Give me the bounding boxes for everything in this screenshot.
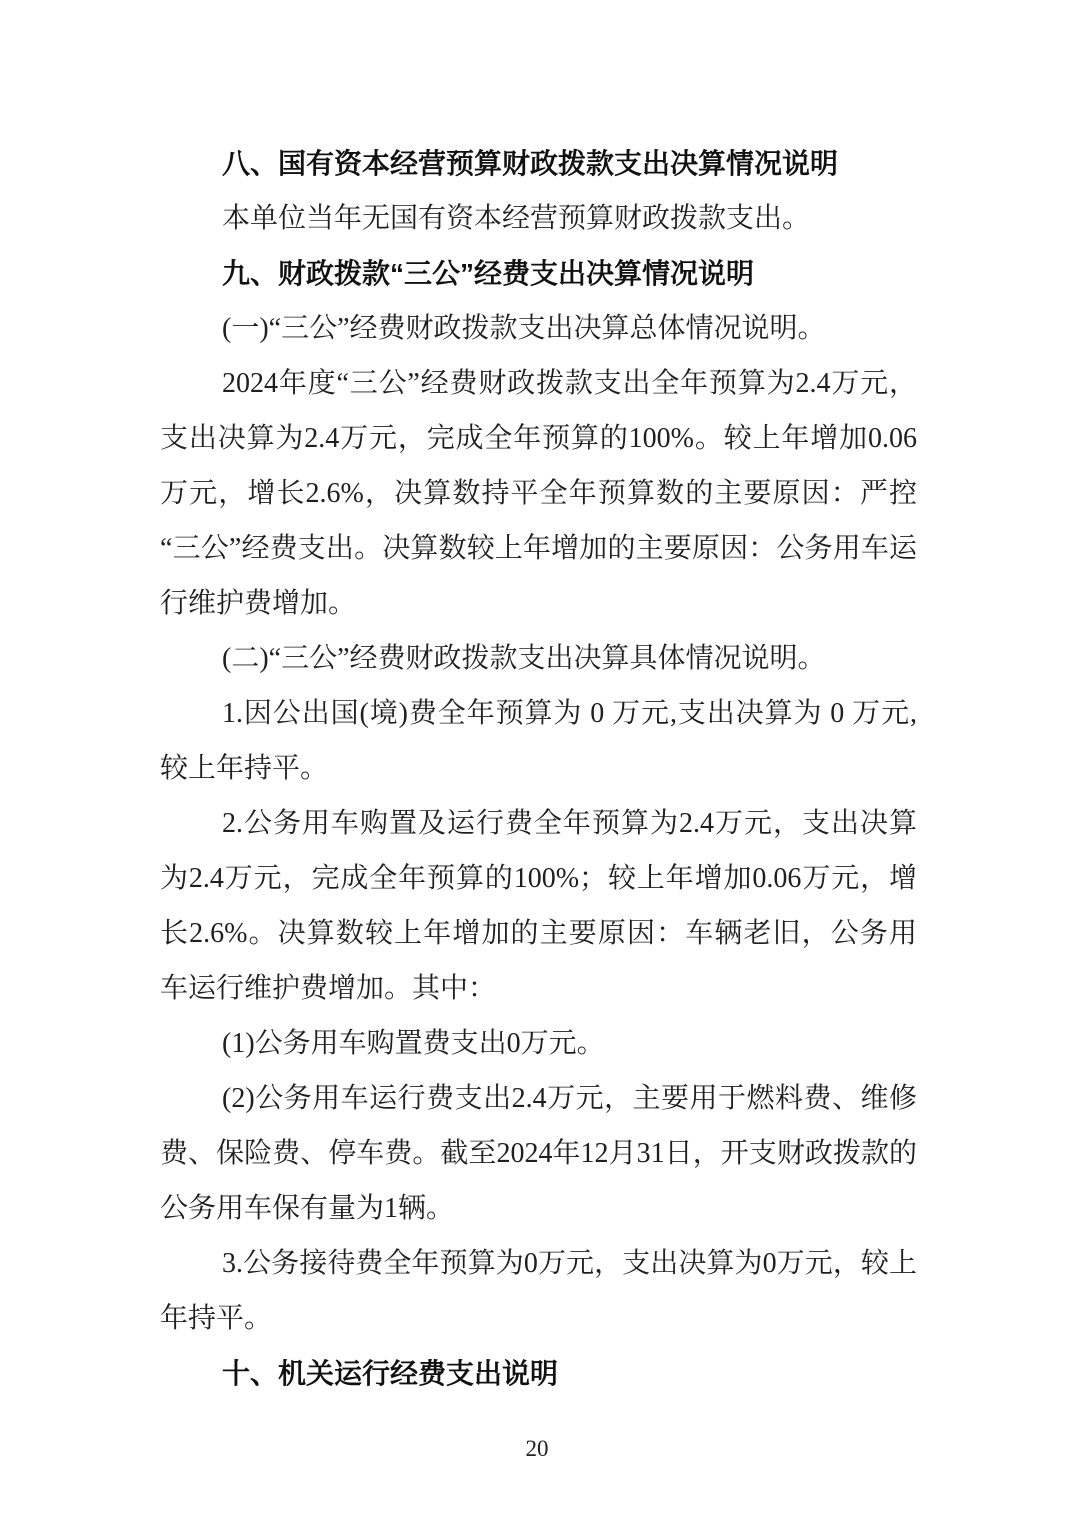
para-overall-intro: (一)“三公”经费财政拨款支出决算总体情况说明。 bbox=[160, 301, 917, 356]
para-specific-intro: (二)“三公”经费财政拨款支出决算具体情况说明。 bbox=[160, 631, 917, 686]
section-heading-eight: 八、国有资本经营预算财政拨款支出决算情况说明 bbox=[160, 136, 917, 191]
document-page: 八、国有资本经营预算财政拨款支出决算情况说明 本单位当年无国有资本经营预算财政拨… bbox=[0, 0, 1074, 1520]
para-abroad-expense: 1.因公出国(境)费全年预算为 0 万元,支出决算为 0 万元,较上年持平。 bbox=[160, 686, 917, 796]
para-overall-detail: 2024年度“三公”经费财政拨款支出全年预算为2.4万元，支出决算为2.4万元，… bbox=[160, 356, 917, 631]
page-number: 20 bbox=[0, 1436, 1074, 1462]
document-body: 八、国有资本经营预算财政拨款支出决算情况说明 本单位当年无国有资本经营预算财政拨… bbox=[160, 136, 917, 1401]
para-no-state-capital: 本单位当年无国有资本经营预算财政拨款支出。 bbox=[160, 191, 917, 246]
para-vehicle-expense: 2.公务用车购置及运行费全年预算为2.4万元，支出决算为2.4万元，完成全年预算… bbox=[160, 796, 917, 1016]
para-vehicle-operation: (2)公务用车运行费支出2.4万元，主要用于燃料费、维修费、保险费、停车费。截至… bbox=[160, 1071, 917, 1236]
para-vehicle-purchase: (1)公务用车购置费支出0万元。 bbox=[160, 1016, 917, 1071]
section-heading-nine: 九、财政拨款“三公”经费支出决算情况说明 bbox=[160, 246, 917, 301]
para-reception-expense: 3.公务接待费全年预算为0万元，支出决算为0万元，较上年持平。 bbox=[160, 1236, 917, 1346]
section-heading-ten: 十、机关运行经费支出说明 bbox=[160, 1346, 917, 1401]
